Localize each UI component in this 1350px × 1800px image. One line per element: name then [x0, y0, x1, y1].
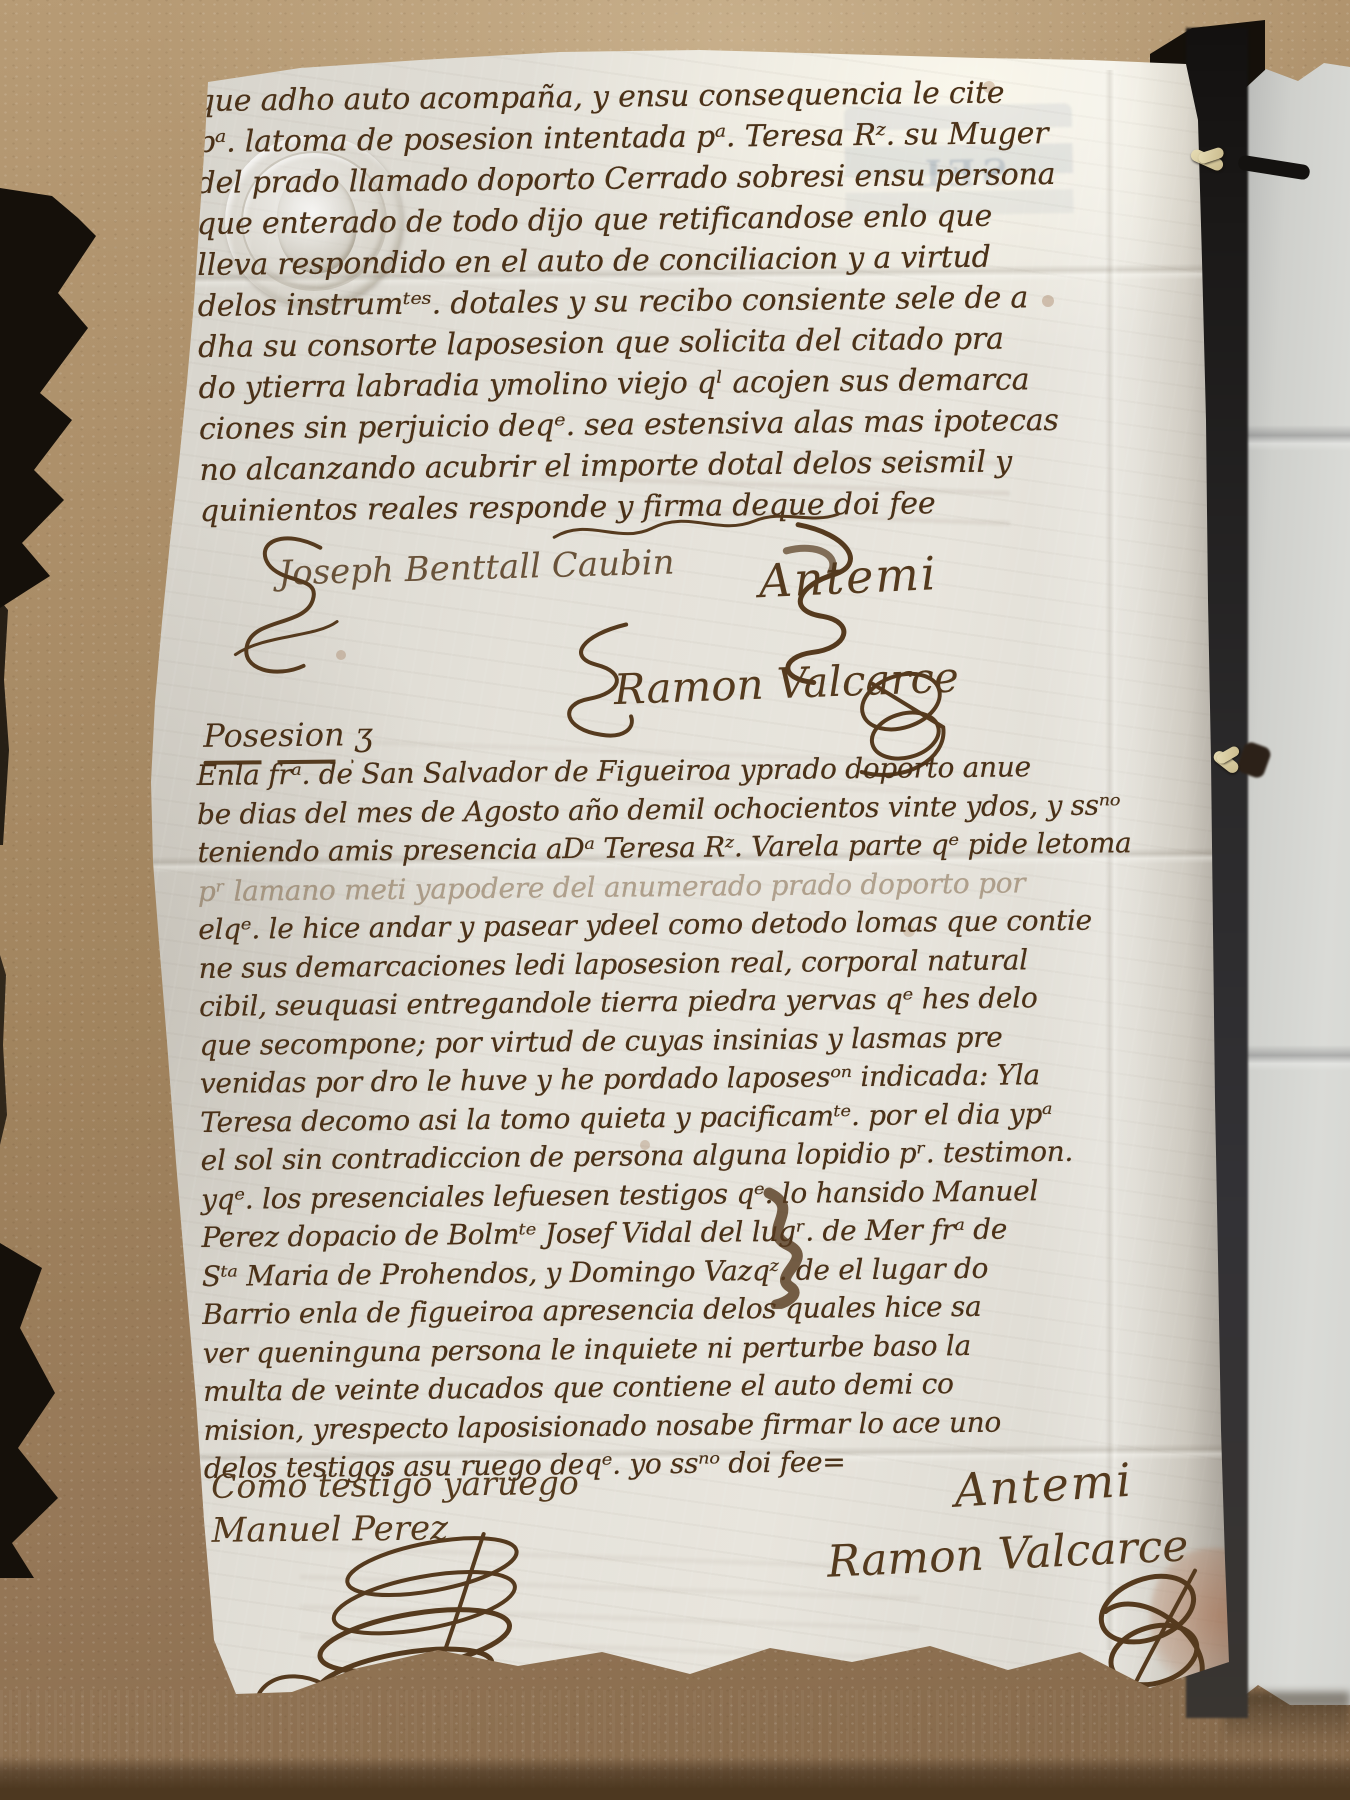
sheet-fold-crease: [1232, 1045, 1350, 1071]
ante-mi-label: Antemi: [953, 1453, 1135, 1518]
paragraph-auto-respuesta: que adho auto acompaña, y ensu consequen…: [195, 72, 1059, 532]
section-heading-posesion: Posesion ʒ: [203, 715, 373, 755]
paragraph-acta-posesion: Enla frᵃ. de San Salvador de Figueiroa y…: [196, 747, 1138, 1488]
closing-witness-line: Como testigo yaruego: [211, 1463, 579, 1506]
cardboard-bottom-edge: [0, 1756, 1350, 1800]
ante-mi-label: Antemi: [757, 546, 938, 608]
binding-thread-top: [1188, 146, 1238, 186]
second-paper-sheet: [1232, 55, 1350, 1705]
photographed-manuscript-scene: SEL que adho auto acompaña, y ensu conse…: [0, 0, 1350, 1800]
ink-blot: [731, 1186, 822, 1309]
sheet-fold-crease: [1232, 425, 1350, 451]
binding-thread-middle: [1208, 742, 1252, 790]
signature-flourish: [224, 525, 346, 686]
